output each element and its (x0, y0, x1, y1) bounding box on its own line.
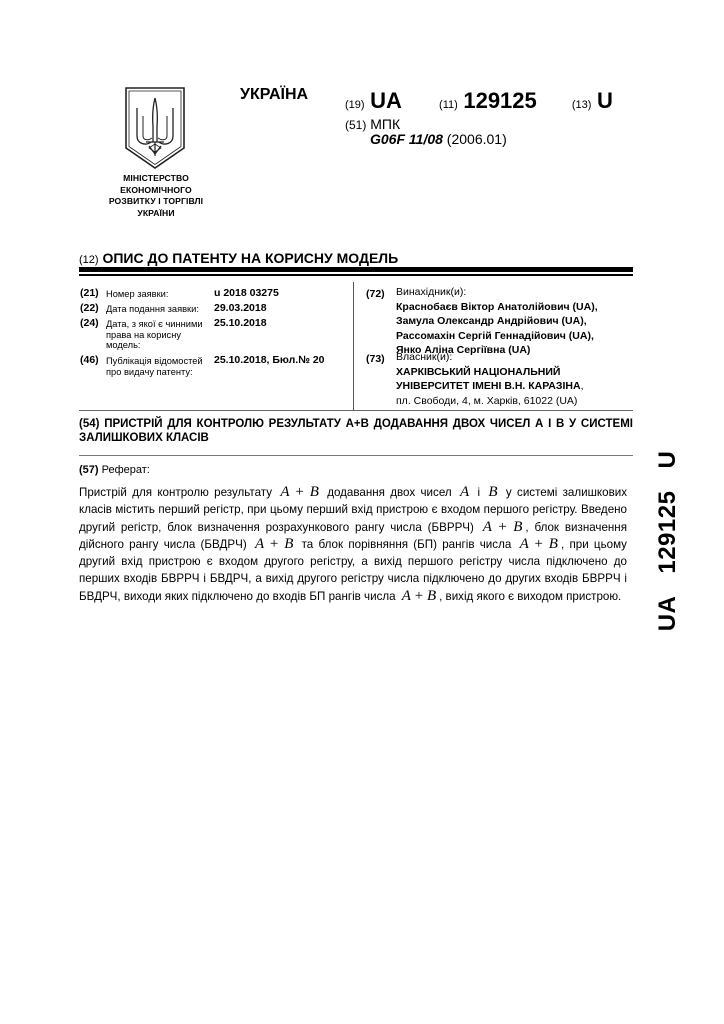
owner-label: Власник(и): (396, 350, 583, 365)
bib-label: Публікація відомостей про видачу патенту… (106, 356, 203, 377)
math-expression: A (457, 484, 472, 500)
kind-code: U (597, 88, 613, 113)
invention-code: (54) (79, 418, 99, 430)
ipc-classification: G06F 11/08 (2006.01) (370, 131, 507, 147)
column-divider (353, 282, 354, 410)
bib-value: 25.10.2018, Бюл.№ 20 (214, 355, 325, 366)
title-rule-thick (79, 267, 633, 272)
abstract-label: Реферат: (102, 464, 150, 476)
title-code: (12) (79, 254, 99, 266)
ipc-label: (51) (345, 118, 366, 132)
ministry-line: ЕКОНОМІЧНОГО (92, 185, 220, 197)
bib-label-line: права на корисну (106, 330, 181, 340)
bib-label-line: модель: (106, 340, 141, 350)
abstract-code: (57) (79, 464, 99, 476)
inventors-label: Винахідник(и): (396, 285, 598, 300)
ipc-heading: (51) МПК (345, 116, 400, 132)
side-number: 129125 (654, 491, 681, 574)
abstract-heading: (57) Реферат: (79, 464, 150, 476)
coat-of-arms-icon (124, 86, 186, 170)
math-expression: B (485, 484, 500, 500)
country-code-label: (19) (345, 99, 365, 111)
math-expression: A + B (480, 519, 526, 535)
bib-label: Номер заявки: (106, 289, 168, 300)
side-kind: U (654, 451, 681, 469)
inventors-block: Винахідник(и): Краснобаєв Віктор Анатолі… (396, 285, 598, 358)
math-expression: A + B (252, 536, 296, 552)
inventor-name: Рассомахін Сергій Геннадійович (UA), (396, 329, 598, 344)
owner-code: (73) (366, 353, 385, 365)
inventors-code: (72) (366, 288, 385, 300)
country-code: UA (370, 88, 402, 113)
patent-number-label: (11) (439, 99, 458, 111)
bib-code: (46) (80, 355, 99, 366)
bib-label-line: про видачу патенту: (106, 367, 193, 377)
ministry-name: МІНІСТЕРСТВО ЕКОНОМІЧНОГО РОЗВИТКУ І ТОР… (92, 173, 220, 219)
section-divider (79, 455, 633, 456)
patent-codes: (19) UA (11) 129125 (13) U (345, 88, 613, 114)
patent-number: 129125 (463, 88, 536, 113)
owner-block: Власник(и): ХАРКІВСЬКИЙ НАЦІОНАЛЬНИЙ УНІ… (396, 350, 583, 408)
bib-value: 25.10.2018 (214, 318, 267, 329)
section-divider (79, 410, 633, 411)
invention-title-text: ПРИСТРІЙ ДЛЯ КОНТРОЛЮ РЕЗУЛЬТАТУ А+В ДОД… (79, 418, 633, 444)
ministry-line: УКРАЇНИ (92, 208, 220, 220)
side-publication-label: UA129125U (640, 458, 696, 624)
invention-title: (54) ПРИСТРІЙ ДЛЯ КОНТРОЛЮ РЕЗУЛЬТАТУ А+… (79, 417, 633, 445)
kind-label: (13) (572, 99, 592, 111)
owner-address: пл. Свободи, 4, м. Харків, 61022 (UA) (396, 394, 583, 409)
inventor-name: Краснобаєв Віктор Анатолійович (UA), (396, 300, 598, 315)
ipc-version: (2006.01) (447, 131, 507, 147)
bib-value: u 2018 03275 (214, 288, 279, 299)
inventor-name: Замула Олександр Андрійович (UA), (396, 314, 598, 329)
title-rule-thin (79, 274, 633, 276)
bib-label: Дата подання заявки: (106, 304, 199, 315)
owner-name-line: УНІВЕРСИТЕТ ІМЕНІ В.Н. КАРАЗІНА (396, 380, 581, 392)
abstract-text: Пристрій для контролю результату A + B д… (79, 484, 627, 605)
bib-label: Дата, з якої є чинними права на корисну … (106, 319, 203, 351)
bib-value: 29.03.2018 (214, 303, 267, 314)
title-text: ОПИС ДО ПАТЕНТУ НА КОРИСНУ МОДЕЛЬ (102, 250, 398, 266)
bib-label-line: Дата, з якої є чинними (106, 319, 203, 329)
owner-name-suffix: , (581, 380, 584, 392)
math-expression: A + B (399, 588, 439, 604)
bib-label-line: Публікація відомостей (106, 356, 203, 366)
math-expression: A + B (277, 484, 322, 500)
side-country: UA (654, 596, 681, 632)
ipc-class: G06F 11/08 (370, 131, 443, 147)
ministry-line: МІНІСТЕРСТВО (92, 173, 220, 185)
document-title: (12) ОПИС ДО ПАТЕНТУ НА КОРИСНУ МОДЕЛЬ (79, 250, 398, 266)
math-expression: A + B (517, 536, 561, 552)
bib-code: (21) (80, 288, 99, 299)
owner-name-line: ХАРКІВСЬКИЙ НАЦІОНАЛЬНИЙ (396, 365, 583, 380)
country-name: УКРАЇНА (240, 86, 308, 104)
ipc-title: МПК (370, 116, 400, 132)
bib-code: (24) (80, 318, 99, 329)
ministry-line: РОЗВИТКУ І ТОРГІВЛІ (92, 196, 220, 208)
bib-code: (22) (80, 303, 99, 314)
